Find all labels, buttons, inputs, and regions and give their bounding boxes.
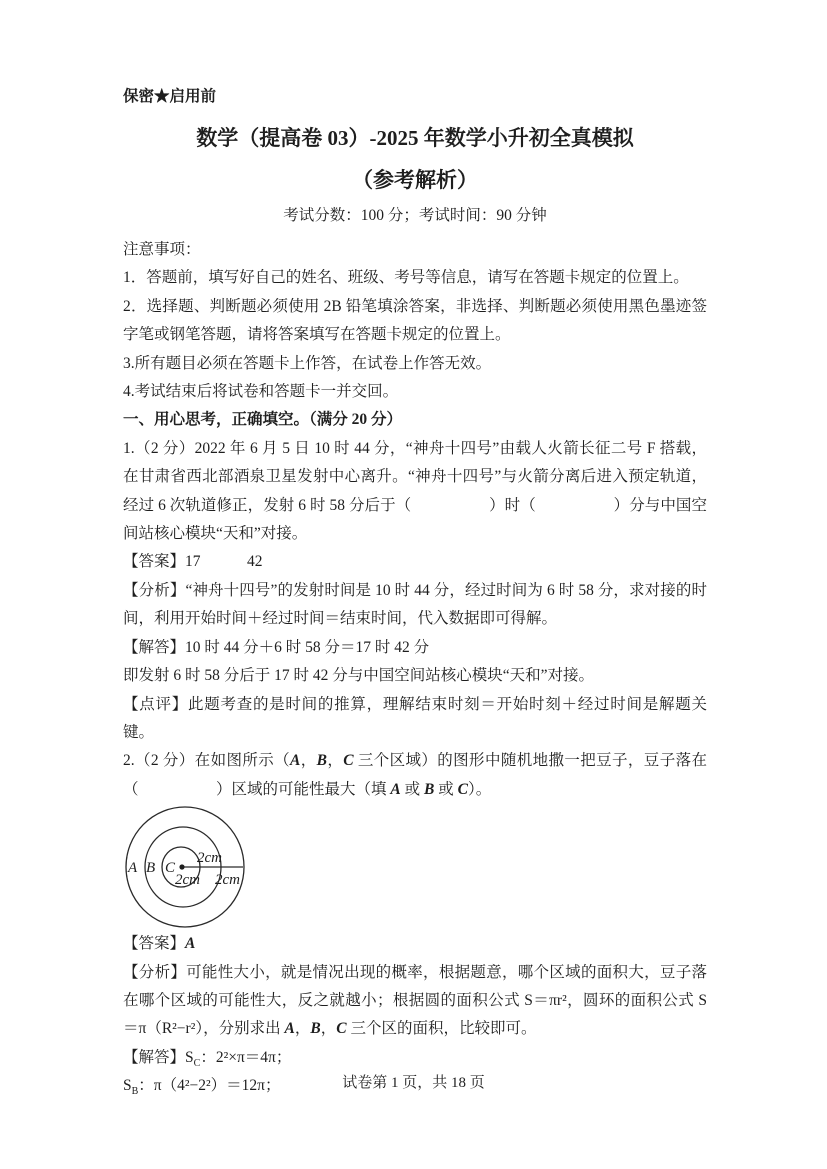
exam-info: 考试分数：100 分；考试时间：90 分钟 bbox=[123, 204, 707, 228]
notice-item-1: 1．答题前，填写好自己的姓名、班级、考号等信息，请写在答题卡规定的位置上。 bbox=[123, 264, 707, 292]
radius-label-inner: 2cm bbox=[175, 872, 200, 888]
region-label-a: A bbox=[127, 860, 138, 876]
exam-title: 数学（提高卷 03）-2025 年数学小升初全真模拟 bbox=[123, 122, 707, 154]
notice-item-4: 4.考试结束后将试卷和答题卡一并交回。 bbox=[123, 378, 707, 406]
region-label-b: B bbox=[146, 860, 155, 876]
question2-answer: 【答案】A bbox=[123, 930, 707, 958]
radius-label-top: 2cm bbox=[197, 850, 222, 866]
question1-analysis: 【分析】“神舟十四号”的发射时间是 10 时 44 分，经过时间为 6 时 58… bbox=[123, 577, 707, 634]
question2-solution-c: 【解答】SC：2²×π＝4π； bbox=[123, 1044, 707, 1072]
question1-text: 1.（2 分）2022 年 6 月 5 日 10 时 44 分，“神舟十四号”由… bbox=[123, 435, 707, 549]
confidential-label: 保密★启用前 bbox=[123, 86, 707, 108]
section-one-heading: 一、用心思考，正确填空。（满分 20 分） bbox=[123, 406, 707, 434]
exam-subtitle: （参考解析） bbox=[123, 164, 707, 196]
question1-solution: 【解答】10 时 44 分＋6 时 58 分＝17 时 42 分 bbox=[123, 634, 707, 662]
question1-comment: 【点评】此题考查的是时间的推算，理解结束时刻＝开始时刻＋经过时间是解题关键。 bbox=[123, 691, 707, 748]
page-footer: 试卷第 1 页，共 18 页 bbox=[0, 1072, 827, 1094]
exam-paper-page: 保密★启用前 数学（提高卷 03）-2025 年数学小升初全真模拟 （参考解析）… bbox=[0, 0, 827, 1169]
concentric-circles-figure: A B C 2cm 2cm 2cm bbox=[123, 806, 707, 930]
question2-analysis: 【分析】可能性大小，就是情况出现的概率，根据题意，哪个区域的面积大，豆子落在哪个… bbox=[123, 959, 707, 1044]
center-dot bbox=[179, 865, 184, 870]
radius-label-outer: 2cm bbox=[215, 872, 240, 888]
notice-heading: 注意事项： bbox=[123, 236, 707, 264]
notice-item-2: 2．选择题、判断题必须使用 2B 铅笔填涂答案，非选择、判断题必须使用黑色墨迹签… bbox=[123, 293, 707, 350]
question1-answer: 【答案】17 42 bbox=[123, 548, 707, 576]
question2-text: 2.（2 分）在如图所示（A，B，C 三个区域）的图形中随机地撒一把豆子，豆子落… bbox=[123, 747, 707, 804]
notice-item-3: 3.所有题目必须在答题卡上作答，在试卷上作答无效。 bbox=[123, 350, 707, 378]
question1-solution-note: 即发射 6 时 58 分后于 17 时 42 分与中国空间站核心模块“天和”对接… bbox=[123, 662, 707, 690]
concentric-circles-svg: A B C 2cm 2cm 2cm bbox=[123, 806, 275, 930]
